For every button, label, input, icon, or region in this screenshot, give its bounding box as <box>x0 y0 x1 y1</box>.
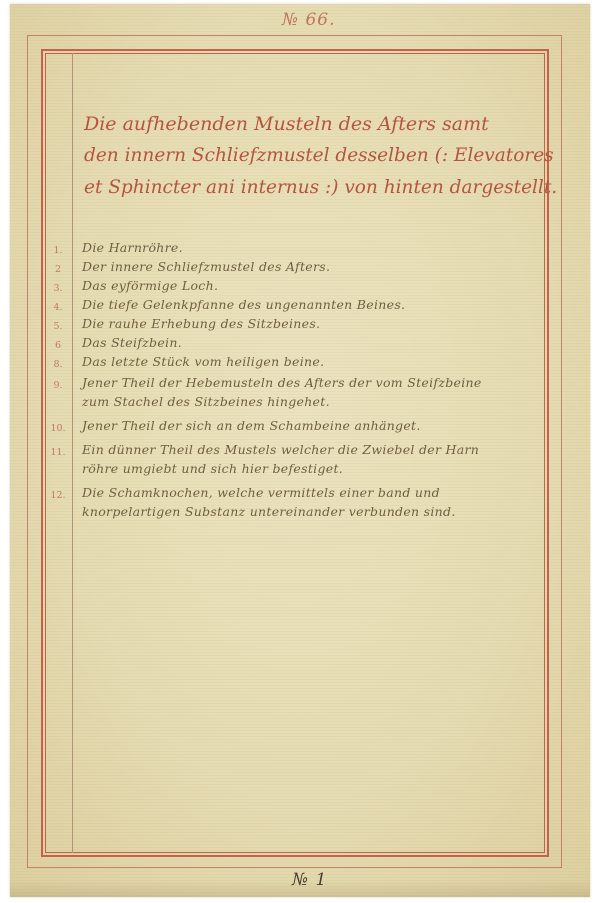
legend-text-line: Jener Theil der sich an dem Schambeine a… <box>82 418 542 433</box>
legend-text-line: Die Schamknochen, welche vermittels eine… <box>82 485 542 500</box>
legend-number: 2 <box>49 264 67 275</box>
legend-number: 4. <box>49 302 67 313</box>
legend-text: Das eyförmige Loch. <box>82 278 542 293</box>
legend-number: 6 <box>49 340 67 351</box>
legend-text-line: Das letzte Stück vom heiligen beine. <box>82 354 542 369</box>
legend-item: 5. Die rauhe Erhebung des Sitzbeines. <box>0 316 600 335</box>
legend-text: Der innere Schliefzmustel des Afters. <box>82 259 542 274</box>
folio-number-top: № 66. <box>282 10 336 30</box>
legend-item: 9. Jener Theil der Hebemusteln des After… <box>0 375 600 418</box>
legend-number: 10. <box>49 423 67 434</box>
legend-text-line: Die Harnröhre. <box>82 240 542 255</box>
legend-text: Die rauhe Erhebung des Sitzbeines. <box>82 316 542 331</box>
legend-item: 4. Die tiefe Gelenkpfanne des ungenannte… <box>0 297 600 316</box>
legend-text: Die Schamknochen, welche vermittels eine… <box>82 485 542 519</box>
page-title: Die aufhebenden Musteln des Afters samt … <box>84 108 544 204</box>
legend-item: 11. Ein dünner Theil des Mustels welcher… <box>0 442 600 485</box>
legend-number: 12. <box>49 490 67 501</box>
legend-item: 8. Das letzte Stück vom heiligen beine. <box>0 354 600 375</box>
legend-item: 6 Das Steifzbein. <box>0 335 600 354</box>
legend-number: 3. <box>49 283 67 294</box>
title-line-1: Die aufhebenden Musteln des Afters samt <box>84 108 544 140</box>
folio-number-bottom: № 1 <box>292 870 327 890</box>
legend-text-line: röhre umgiebt und sich hier befestiget. <box>82 461 542 476</box>
legend-text-line: Das Steifzbein. <box>82 335 542 350</box>
legend-item: 2 Der innere Schliefzmustel des Afters. <box>0 259 600 278</box>
legend-item: 10. Jener Theil der sich an dem Schambei… <box>0 418 600 442</box>
legend-text: Das Steifzbein. <box>82 335 542 350</box>
legend-text-line: zum Stachel des Sitzbeines hingehet. <box>82 394 542 409</box>
legend-text-line: Das eyförmige Loch. <box>82 278 542 293</box>
legend-text: Die tiefe Gelenkpfanne des ungenannten B… <box>82 297 542 312</box>
legend-number: 5. <box>49 321 67 332</box>
title-line-2: den innern Schliefzmustel desselben (: E… <box>84 140 544 172</box>
legend-number: 11. <box>49 447 67 458</box>
legend-text-line: Der innere Schliefzmustel des Afters. <box>82 259 542 274</box>
legend-number: 8. <box>49 359 67 370</box>
legend-item: 3. Das eyförmige Loch. <box>0 278 600 297</box>
legend-text-line: Ein dünner Theil des Mustels welcher die… <box>82 442 542 457</box>
legend-text: Das letzte Stück vom heiligen beine. <box>82 354 542 369</box>
legend-text: Ein dünner Theil des Mustels welcher die… <box>82 442 542 476</box>
legend-text: Jener Theil der sich an dem Schambeine a… <box>82 418 542 433</box>
legend-text-line: Die rauhe Erhebung des Sitzbeines. <box>82 316 542 331</box>
legend-number: 1. <box>49 245 67 256</box>
legend-item: 12. Die Schamknochen, welche vermittels … <box>0 485 600 528</box>
numbered-legend-list: 1. Die Harnröhre. 2 Der innere Schliefzm… <box>0 240 600 528</box>
legend-item: 1. Die Harnröhre. <box>0 240 600 259</box>
legend-text-line: Die tiefe Gelenkpfanne des ungenannten B… <box>82 297 542 312</box>
title-line-3: et Sphincter ani internus :) von hinten … <box>84 172 544 204</box>
legend-text-line: Jener Theil der Hebemusteln des Afters d… <box>82 375 542 390</box>
legend-text-line: knorpelartigen Substanz untereinander ve… <box>82 504 542 519</box>
legend-text: Jener Theil der Hebemusteln des Afters d… <box>82 375 542 409</box>
legend-text: Die Harnröhre. <box>82 240 542 255</box>
legend-number: 9. <box>49 380 67 391</box>
